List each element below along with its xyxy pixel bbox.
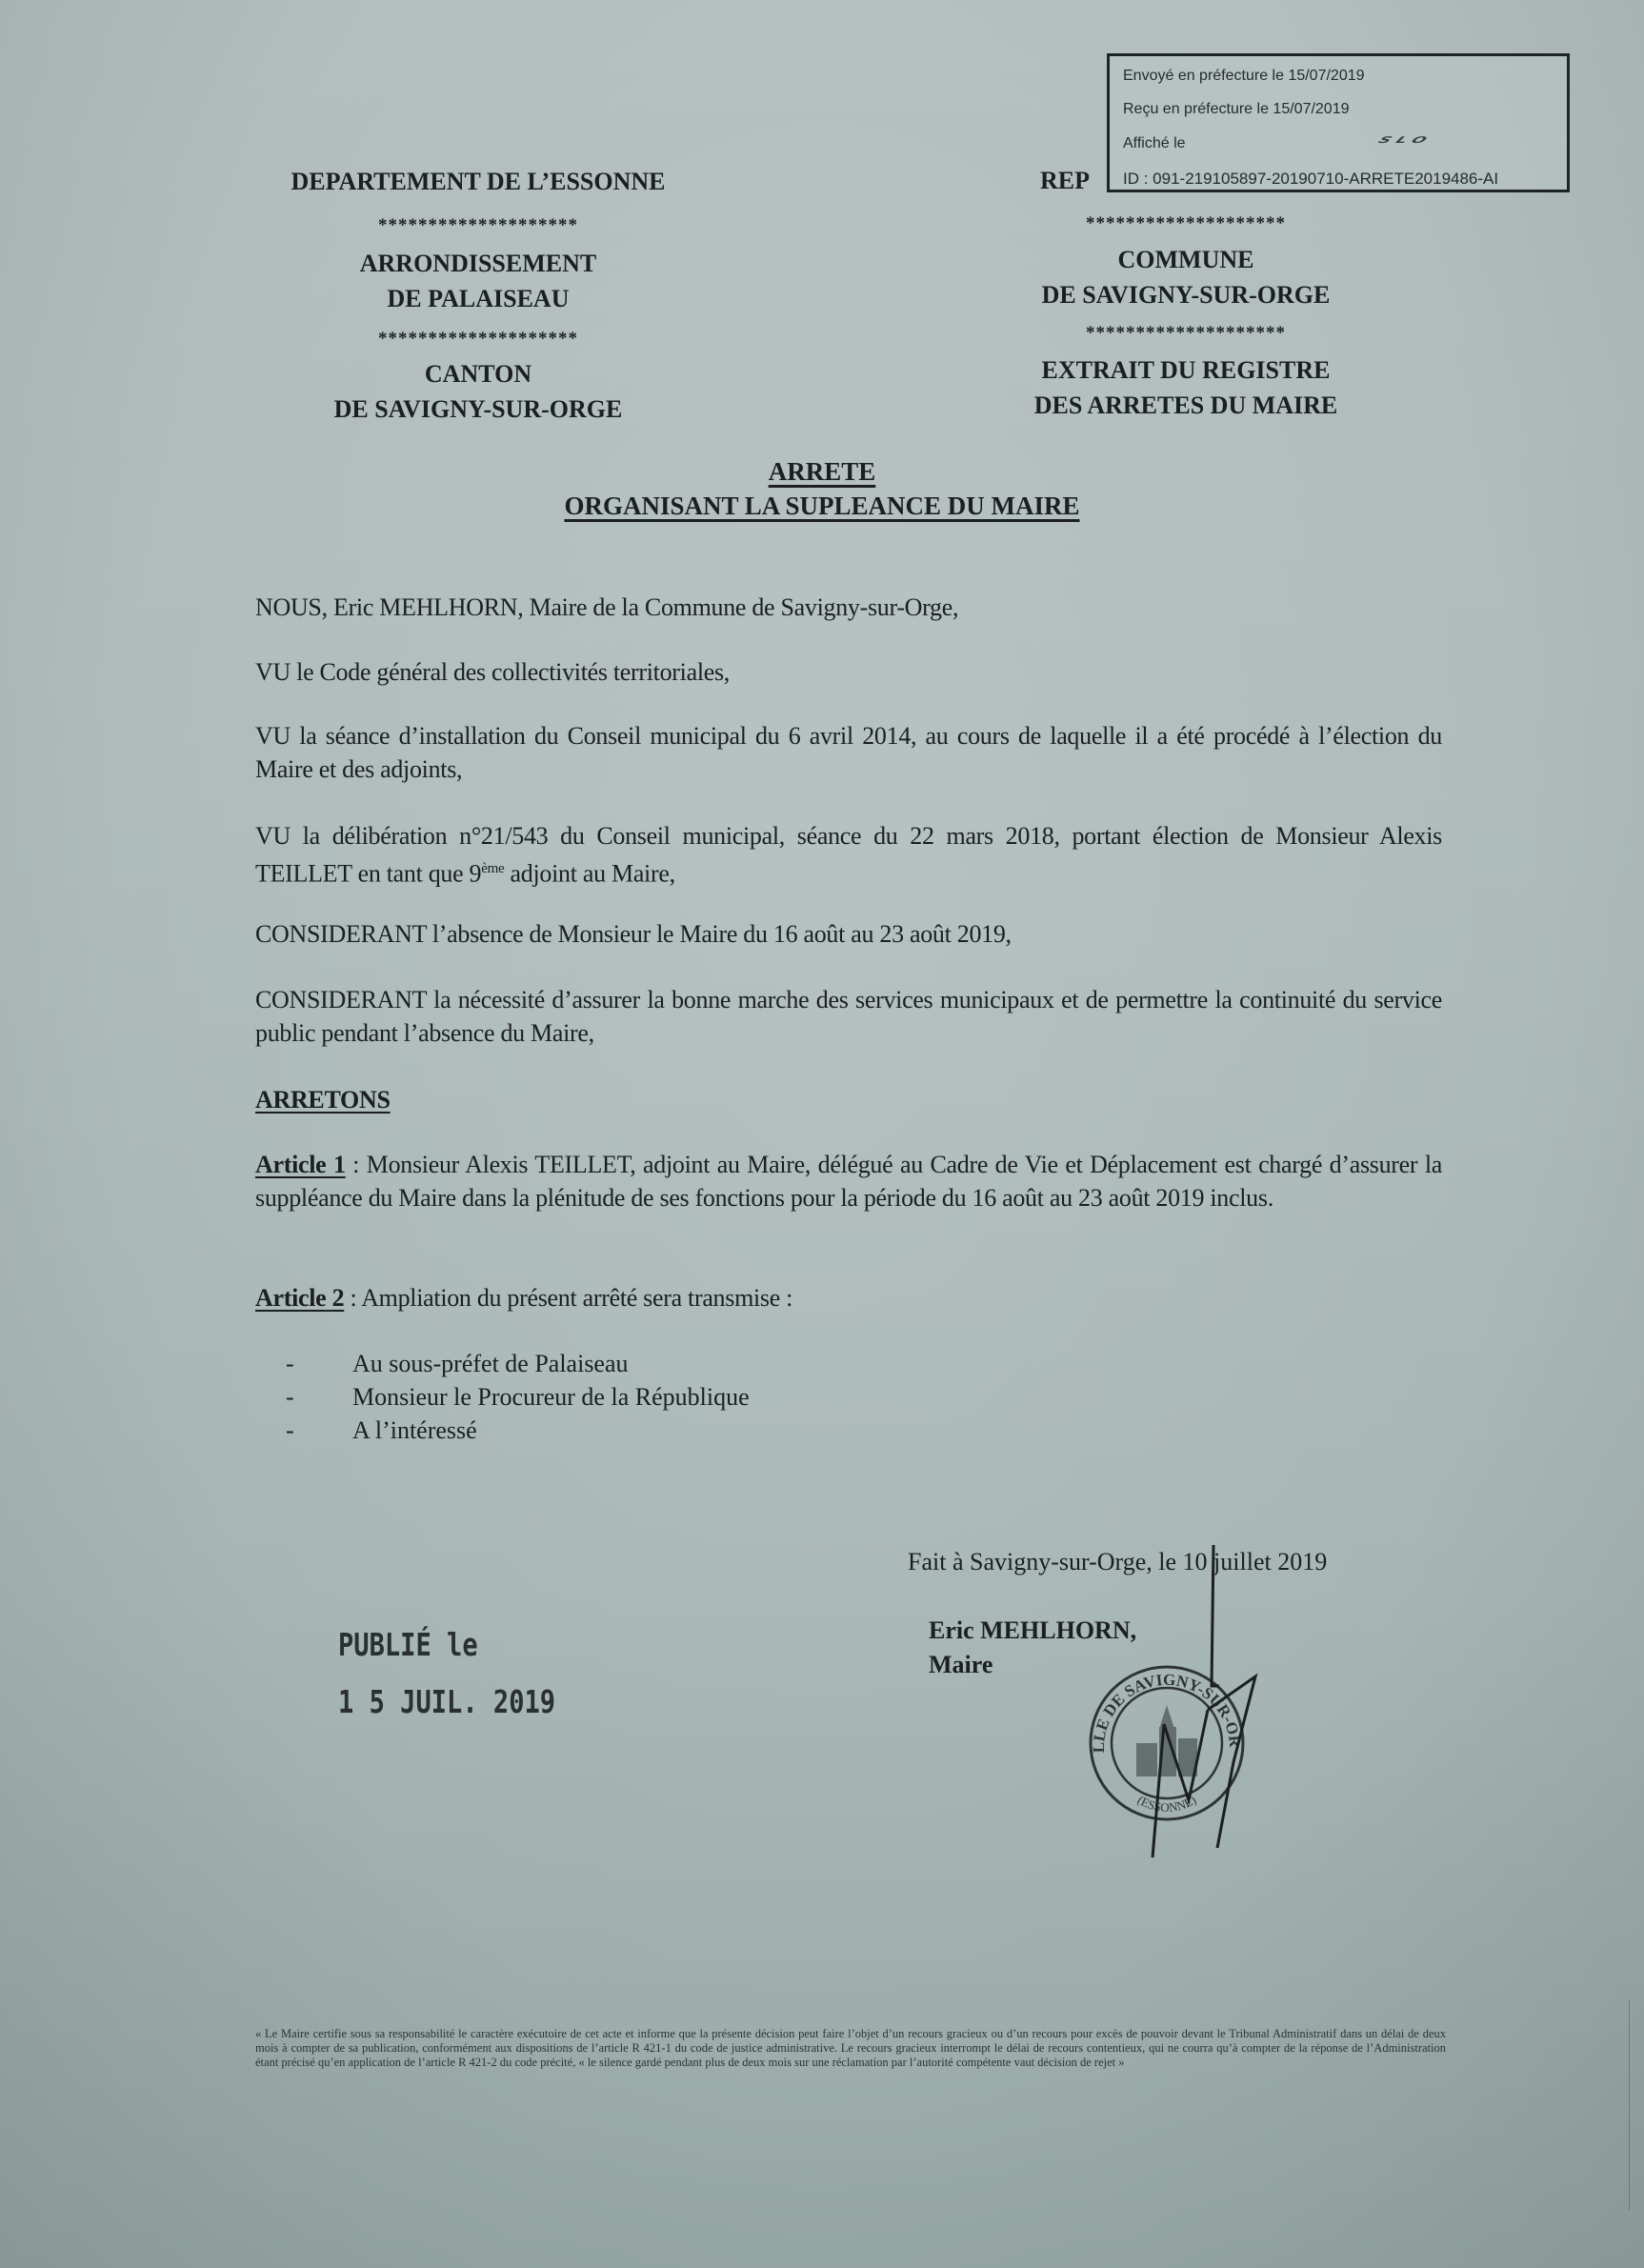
registry-line-1: EXTRAIT DU REGISTRE — [1000, 352, 1372, 388]
canton: CANTON DE SAVIGNY-SUR-ORGE — [250, 356, 707, 427]
arrondissement-line-2: DE PALAISEAU — [250, 281, 707, 316]
slo-mark: SLO — [1375, 135, 1434, 146]
decree-title-1: ARRETE — [0, 457, 1644, 487]
canton-line-2: DE SAVIGNY-SUR-ORGE — [250, 391, 707, 427]
department-name: DEPARTEMENT DE L’ESSONNE — [250, 164, 707, 199]
considerant-2: CONSIDERANT la nécessité d’assurer la bo… — [255, 983, 1442, 1050]
article-2-label: Article 2 — [255, 1284, 344, 1312]
article-1: Article 1 : Monsieur Alexis TEILLET, adj… — [255, 1148, 1442, 1214]
handwritten-signature-icon — [1095, 1543, 1286, 1867]
article-1-label: Article 1 — [255, 1151, 346, 1178]
list-item: -Monsieur le Procureur de la République — [286, 1380, 750, 1414]
separator: ******************** — [1000, 315, 1372, 351]
separator: ******************** — [250, 321, 707, 356]
page-edge — [1629, 2000, 1630, 2210]
article-2: Article 2 : Ampliation du présent arrêté… — [255, 1281, 1442, 1315]
considerant-1: CONSIDERANT l’absence de Monsieur le Mai… — [255, 917, 1442, 951]
received-date: Reçu en préfecture le 15/07/2019 — [1123, 101, 1350, 118]
preamble: NOUS, Eric MEHLHORN, Maire de la Commune… — [255, 591, 1442, 624]
arrondissement-line-1: ARRONDISSEMENT — [250, 246, 707, 281]
vu-clause-2: VU la séance d’installation du Conseil m… — [255, 719, 1442, 786]
republic-partial: REP — [1040, 167, 1090, 195]
vu-clause-1: VU le Code général des collectivités ter… — [255, 655, 1442, 689]
registry-line-2: DES ARRETES DU MAIRE — [1000, 388, 1372, 423]
legal-notice: « Le Maire certifie sous sa responsabili… — [255, 2027, 1446, 2070]
list-item: -A l’intéressé — [286, 1414, 750, 1447]
commune: COMMUNE DE SAVIGNY-SUR-ORGE — [1000, 242, 1372, 312]
list-item: -Au sous-préfet de Palaiseau — [286, 1347, 750, 1380]
separator: ******************** — [1000, 206, 1372, 241]
published-label: PUBLIÉ le — [338, 1616, 555, 1674]
decree-title-2: ORGANISANT LA SUPLEANCE DU MAIRE — [0, 492, 1644, 521]
department-header: DEPARTEMENT DE L’ESSONNE — [250, 164, 707, 199]
recipients-list: -Au sous-préfet de Palaiseau -Monsieur l… — [286, 1347, 750, 1447]
published-stamp: PUBLIÉ le 1 5 JUIL. 2019 — [338, 1616, 555, 1731]
prefecture-stamp: Envoyé en préfecture le 15/07/2019 Reçu … — [1107, 53, 1570, 192]
sent-date: Envoyé en préfecture le 15/07/2019 — [1123, 68, 1365, 85]
vu-clause-3: VU la délibération n°21/543 du Conseil m… — [255, 819, 1442, 891]
act-id: ID : 091-219105897-20190710-ARRETE201948… — [1123, 170, 1498, 189]
document-page: Envoyé en préfecture le 15/07/2019 Reçu … — [0, 0, 1644, 2268]
separator: ******************** — [250, 208, 707, 243]
commune-line-2: DE SAVIGNY-SUR-ORGE — [1000, 277, 1372, 312]
canton-line-1: CANTON — [250, 356, 707, 391]
photo-vignette — [0, 0, 1644, 2268]
commune-line-1: COMMUNE — [1000, 242, 1372, 277]
arrondissement: ARRONDISSEMENT DE PALAISEAU — [250, 246, 707, 316]
posted-label: Affiché le — [1123, 135, 1186, 152]
published-date: 1 5 JUIL. 2019 — [338, 1674, 555, 1731]
arretons-heading: ARRETONS — [255, 1083, 1442, 1116]
registry-extract: EXTRAIT DU REGISTRE DES ARRETES DU MAIRE — [1000, 352, 1372, 423]
